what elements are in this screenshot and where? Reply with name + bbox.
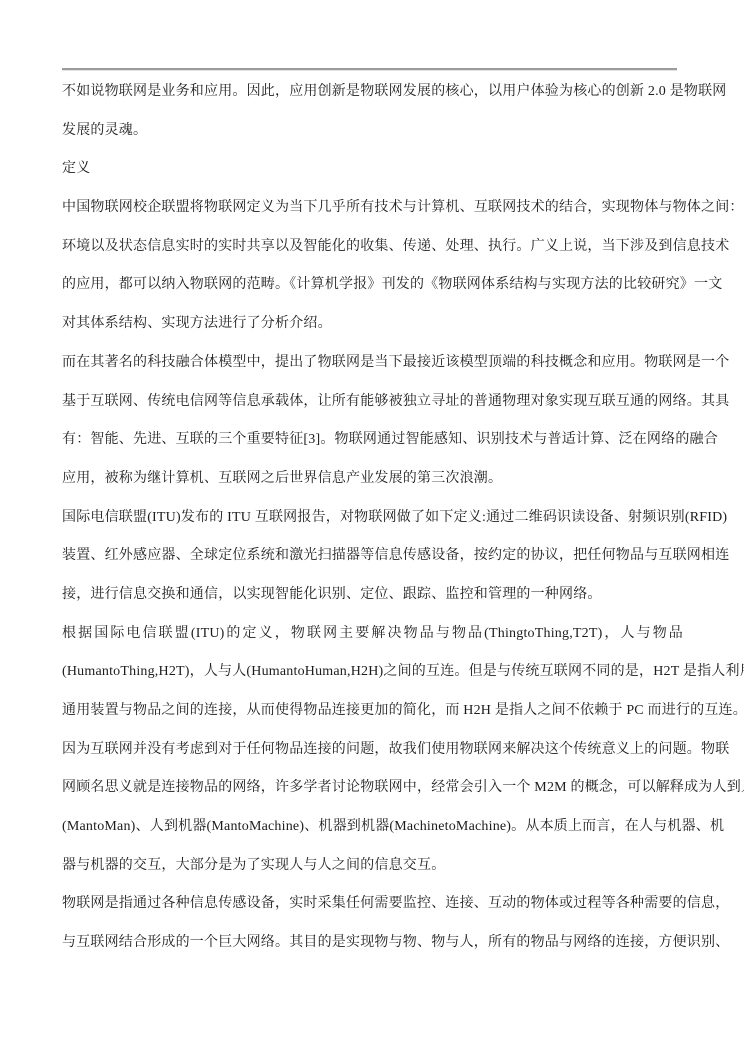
text-line: 不如说物联网是业务和应用。因此，应用创新是物联网发展的核心，以用户体验为核心的创… bbox=[62, 73, 683, 112]
text-line: 基于互联网、传统电信网等信息承载体，让所有能够被独立寻址的普通物理对象实现互联互… bbox=[62, 383, 683, 422]
text-line: 应用，被称为继计算机、互联网之后世界信息产业发展的第三次浪潮。 bbox=[62, 460, 683, 499]
text-line: 根据国际电信联盟(ITU)的定义，物联网主要解决物品与物品(ThingtoThi… bbox=[62, 615, 683, 654]
text-line: 发展的灵魂。 bbox=[62, 112, 683, 151]
document-page: 不如说物联网是业务和应用。因此，应用创新是物联网发展的核心，以用户体验为核心的创… bbox=[0, 0, 744, 1052]
section-heading: 定义 bbox=[62, 150, 683, 189]
text-line: 中国物联网校企联盟将物联网定义为当下几乎所有技术与计算机、互联网技术的结合，实现… bbox=[62, 189, 683, 228]
text-line: 网顾名思义就是连接物品的网络，许多学者讨论物联网中，经常会引入一个 M2M 的概… bbox=[62, 769, 683, 808]
text-line: 物联网是指通过各种信息传感设备，实时采集任何需要监控、连接、互动的物体或过程等各… bbox=[62, 885, 683, 924]
text-line: 与互联网结合形成的一个巨大网络。其目的是实现物与物、物与人，所有的物品与网络的连… bbox=[62, 924, 683, 963]
text-line: 接，进行信息交换和通信，以实现智能化识别、定位、跟踪、监控和管理的一种网络。 bbox=[62, 576, 683, 615]
text-line: 而在其著名的科技融合体模型中，提出了物联网是当下最接近该模型顶端的科技概念和应用… bbox=[62, 344, 683, 383]
header-divider bbox=[62, 68, 677, 71]
text-line: 因为互联网并没有考虑到对于任何物品连接的问题，故我们使用物联网来解决这个传统意义… bbox=[62, 731, 683, 770]
text-line: 有：智能、先进、互联的三个重要特征[3]。物联网通过智能感知、识别技术与普适计算… bbox=[62, 421, 683, 460]
text-line: 装置、红外感应器、全球定位系统和激光扫描器等信息传感设备，按约定的协议，把任何物… bbox=[62, 537, 683, 576]
text-line: 器与机器的交互，大部分是为了实现人与人之间的信息交互。 bbox=[62, 847, 683, 886]
text-line: 对其体系结构、实现方法进行了分析介绍。 bbox=[62, 305, 683, 344]
text-line: 的应用，都可以纳入物联网的范畴。《计算机学报》刊发的《物联网体系结构与实现方法的… bbox=[62, 266, 683, 305]
text-line: 通用装置与物品之间的连接，从而使得物品连接更加的简化，而 H2H 是指人之间不依… bbox=[62, 692, 683, 731]
document-body: 不如说物联网是业务和应用。因此，应用创新是物联网发展的核心，以用户体验为核心的创… bbox=[62, 73, 683, 963]
text-line: 环境以及状态信息实时的实时共享以及智能化的收集、传递、处理、执行。广义上说，当下… bbox=[62, 228, 683, 267]
text-line: (MantoMan)、人到机器(MantoMachine)、机器到机器(Mach… bbox=[62, 808, 683, 847]
text-line: (HumantoThing,H2T)，人与人(HumantoHuman,H2H)… bbox=[62, 653, 683, 692]
text-line: 国际电信联盟(ITU)发布的 ITU 互联网报告，对物联网做了如下定义:通过二维… bbox=[62, 499, 683, 538]
